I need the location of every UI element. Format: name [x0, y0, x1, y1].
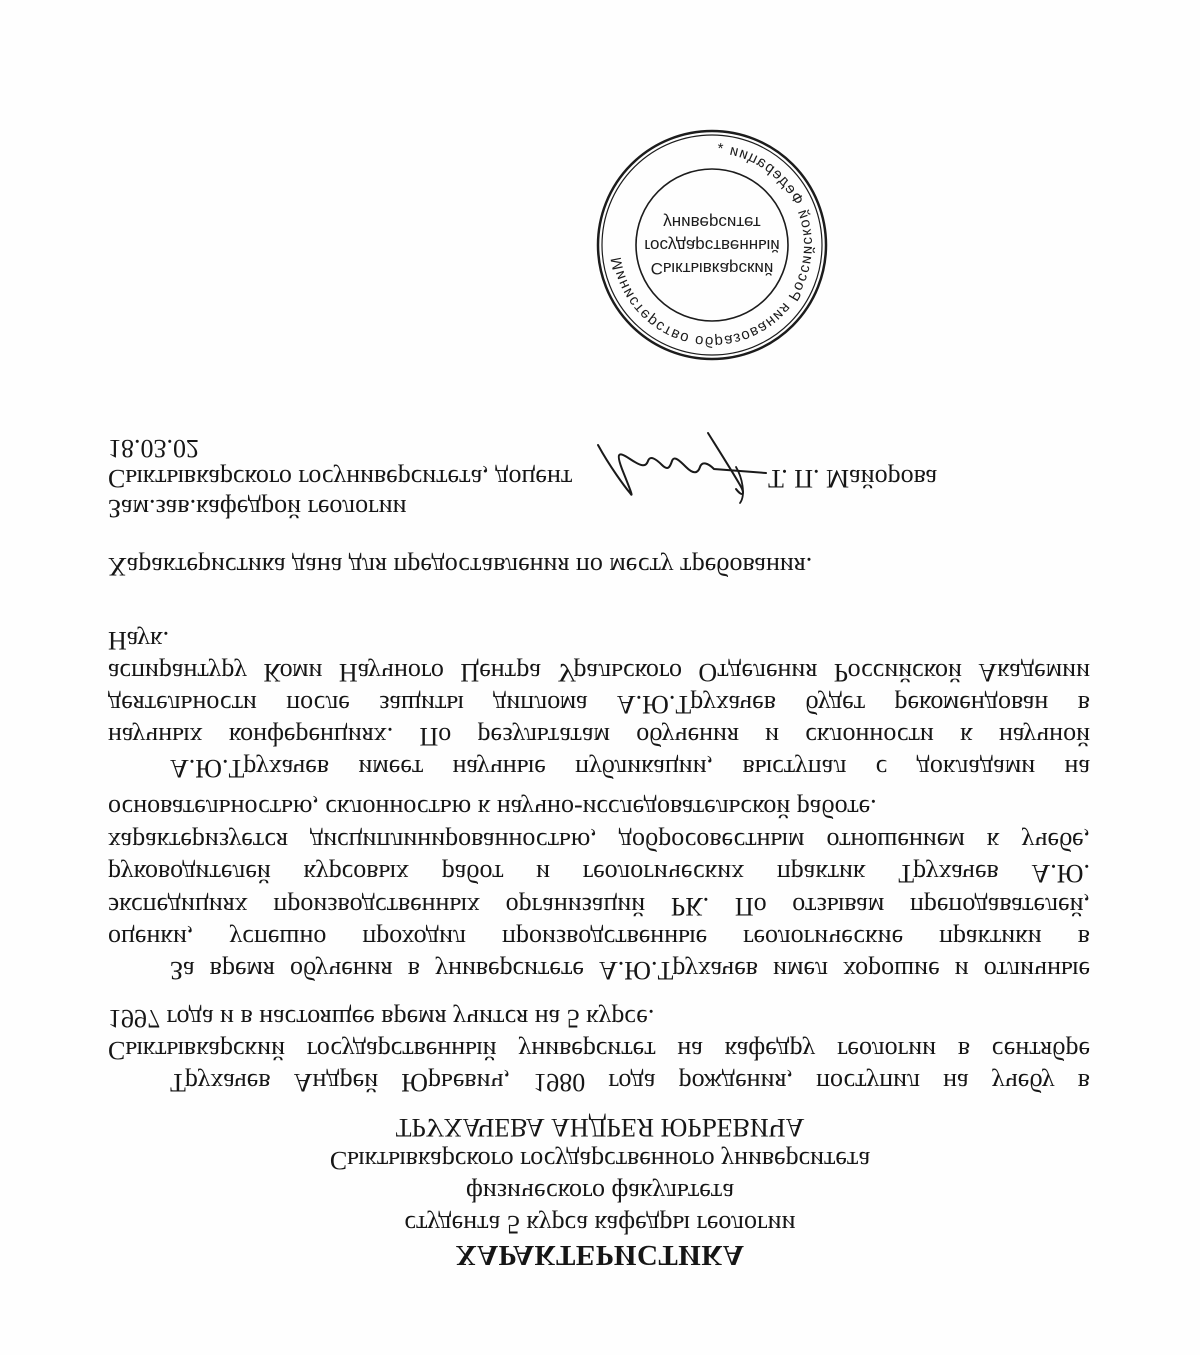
stamp-line-3: университет — [663, 213, 761, 232]
paragraph-3-line-2: научных конференциях. По результатам обу… — [108, 721, 1090, 751]
paragraph-1-line-3: 1997 года и в настоящее время учится на … — [108, 1003, 1090, 1033]
stamp-line-2: государственный — [644, 236, 780, 255]
position-line-2: Сыктывкарского госуниверситета, доцент — [108, 463, 572, 493]
document-date: 18.03.02 — [108, 433, 199, 463]
signatory-name: Т. П. Майорова — [768, 463, 937, 493]
paragraph-1-line-2: Сыктывкарский государственный университе… — [108, 1035, 1090, 1065]
paragraph-3-line-4: аспирантуру Коми Научного Центра Уральск… — [108, 657, 1090, 687]
paragraph-2-line-4: руководителей курсовых работ и геологиче… — [108, 858, 1090, 888]
paragraph-3-line-3: деятельности после защиты диплома А.Ю.Тр… — [108, 689, 1090, 719]
subtitle-line-3: Сыктывкарского государственного универси… — [0, 1145, 1200, 1175]
handwritten-signature-icon — [590, 427, 780, 507]
position-line-1: Зам.зав.кафедрой геологии — [108, 493, 407, 523]
paragraph-3-line-1: А.Ю.Трухачев имеет научные публикации, в… — [170, 753, 1090, 783]
paragraph-1-line-1: Трухачев Андрей Юрьевич, 1980 года рожде… — [170, 1067, 1090, 1097]
paragraph-2-line-6: основательностью, склонностью к научно-и… — [108, 793, 1090, 823]
paragraph-3-line-5: Наук. — [108, 625, 1090, 655]
student-name: ТРУХАЧЕВА АНДРЕЯ ЮРЬЕВИЧА — [0, 1112, 1200, 1142]
paragraph-2-line-2: оценки, успешно проходил производственны… — [108, 923, 1090, 953]
document-page: ХАРАКТЕРИСТИКА студента 5 курса кафедры … — [0, 0, 1200, 1355]
university-seal-stamp: Министерство образования Российской Феде… — [594, 127, 830, 363]
document-title: ХАРАКТЕРИСТИКА — [0, 1240, 1200, 1270]
paragraph-2-line-5: характеризуется дисциплинированностью, д… — [108, 826, 1090, 856]
stamp-line-1: Сыктывкарский — [651, 259, 774, 278]
paragraph-2-line-1: За время обучения в университете А.Ю.Тру… — [170, 955, 1090, 985]
subtitle-line-1: студента 5 курса кафедры геологии — [0, 1209, 1200, 1239]
subtitle-line-2: физического факультета — [0, 1177, 1200, 1207]
purpose-statement: Характеристика дана для предоставления п… — [108, 551, 812, 581]
paragraph-2-line-3: экспедициях производственных организаций… — [108, 891, 1090, 921]
